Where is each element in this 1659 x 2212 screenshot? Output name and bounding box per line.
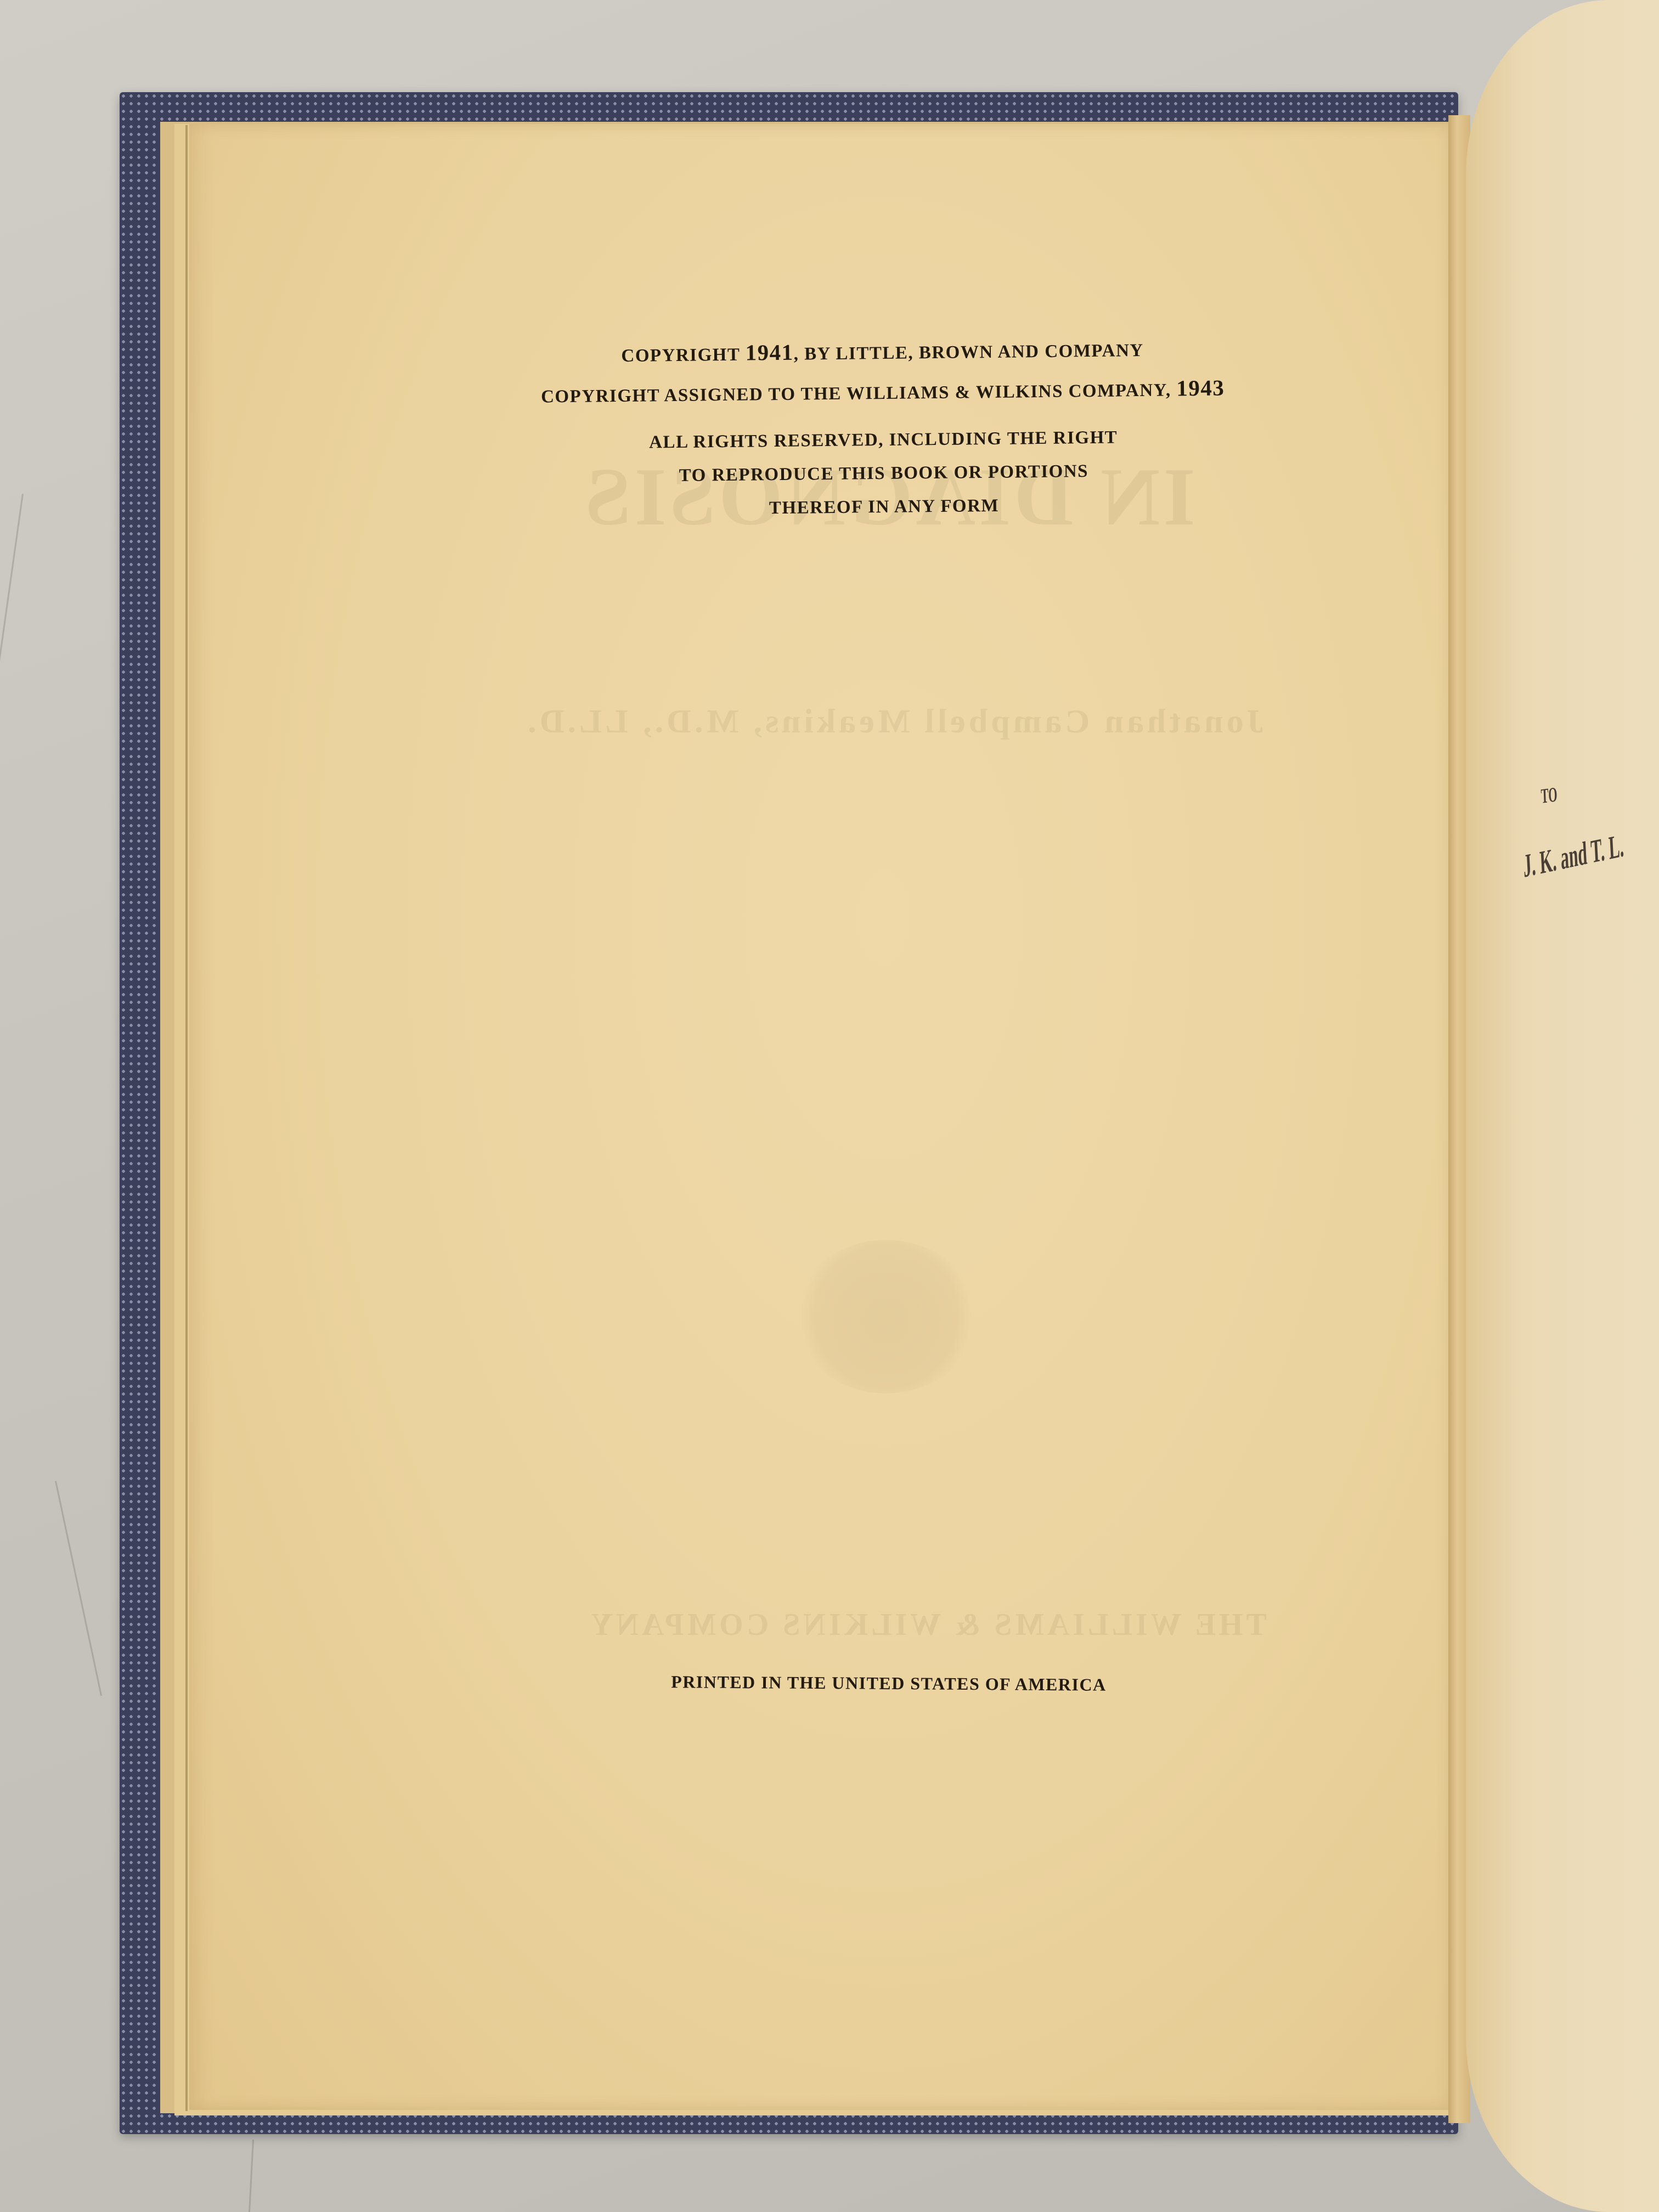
table-scratch: [0, 494, 24, 766]
copyright-holder: , BY LITTLE, BROWN AND COMPANY: [793, 341, 1143, 364]
bleed-through-author: Jonathan Campbell Meakins, M.D., LL.D.: [483, 702, 1306, 741]
table-scratch: [249, 2140, 254, 2212]
copyright-notice: COPYRIGHT 1941, BY LITTLE, BROWN AND COM…: [462, 336, 1304, 521]
dedication-page: [1466, 0, 1659, 2212]
bleed-through-publisher: THE WILLIAMS & WILKINS COMPANY: [516, 1607, 1339, 1643]
table-scratch: [55, 1481, 102, 1696]
copyright-assigned-year: 1943: [1176, 375, 1224, 400]
dedication-to: TO: [1541, 782, 1558, 809]
copyright-assigned-text: COPYRIGHT ASSIGNED TO THE WILLIAMS & WIL…: [541, 380, 1177, 407]
copyright-year: 1941: [745, 340, 793, 365]
rights-line-1: ALL RIGHTS RESERVED, INCLUDING THE RIGHT: [464, 427, 1303, 454]
printed-in-notice: PRINTED IN THE UNITED STATES OF AMERICA: [614, 1672, 1163, 1696]
bleed-through-seal-icon: [795, 1240, 977, 1393]
rights-line-2: TO REPRODUCE THIS BOOK OR PORTIONS: [464, 460, 1304, 487]
page-edge-line: [185, 125, 188, 2111]
copyright-prefix: COPYRIGHT: [621, 345, 746, 366]
copyright-line-2: COPYRIGHT ASSIGNED TO THE WILLIAMS & WIL…: [463, 376, 1302, 407]
